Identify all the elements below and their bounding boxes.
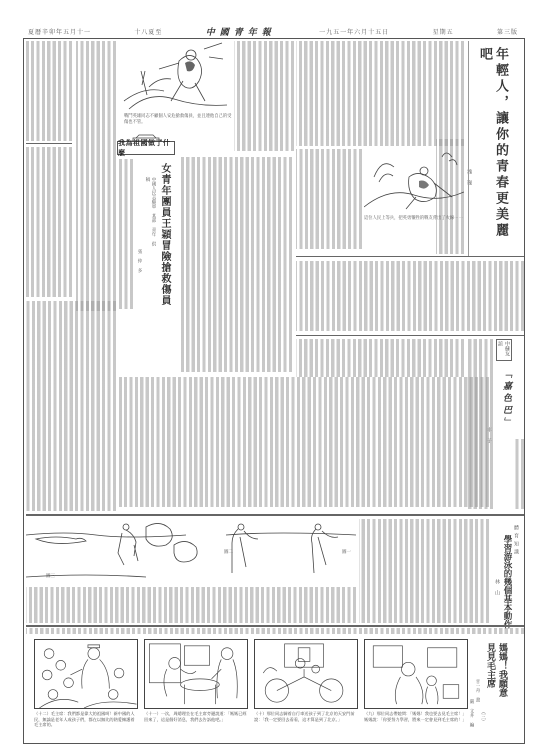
illustration-caption-middle: 這位人民上等兵，把英勇犧牲的戰友背出了火線⋯⋯ (364, 216, 464, 222)
tiananmen-icon (128, 133, 164, 142)
story-source: 中國人民志願軍 某部 青年 供稿 (144, 177, 156, 247)
article-text-left-mid (26, 147, 72, 297)
comic-drawing-11 (145, 640, 247, 708)
feature-text-mid-left (296, 149, 362, 249)
comic-drawing-9 (365, 640, 467, 708)
comic-adapter: 嚴 文井 編 (468, 699, 474, 727)
weekday: 星期五 (433, 27, 454, 36)
comic-panel-12 (34, 639, 138, 709)
soldier-carrying-drawing (364, 147, 464, 215)
comic-drawing-12 (35, 640, 137, 708)
comic-caption-11: （十一）一次，周總理坐在毛主席旁邊說道：「媽媽已經回來了，這是個好消息，我們去告… (144, 711, 248, 722)
soviet-column-text (467, 339, 493, 509)
issue-date: 一九五一年六月十五日 (319, 27, 389, 36)
swimming-headline: 學習游泳的幾個基本動作 (502, 535, 512, 629)
article-text-top-left (26, 41, 72, 141)
newspaper-page: 戰鬥英雄同志不顧個人安危搶救傷員，並且連他自己的受傷也不管。 年輕人，讓你的青春… (23, 38, 525, 744)
article-text-col3 (234, 41, 294, 151)
illustration-soldier-carrying (364, 147, 464, 215)
figure-label-3: 圖三 (46, 573, 55, 579)
comic-caption-12: （十二）毛主席：我們都是偉大的祖國呵！新中國的人民，無論是老年人或孩子們，都在以… (34, 711, 138, 728)
story-author: 張 仲 多 (136, 249, 142, 273)
lunar-date: 夏曆辛卯年五月十一 (28, 27, 91, 36)
solar-term: 十八夏至 (134, 27, 162, 36)
comic-author: 甘一舟 畫 (474, 679, 480, 702)
divider (26, 143, 72, 144)
illustration-soldier-rescue (119, 41, 231, 113)
soldier-rescue-drawing (119, 41, 231, 113)
divider (26, 625, 524, 627)
soviet-column-headline: 「嘉色巴」 (500, 369, 511, 429)
comic-caption-10: （十）那位同志騎着自行車送孩子到了北京的天安門前說：「我一定要回去看看，這才算是… (254, 711, 358, 722)
ad-strip (26, 628, 524, 634)
article-text-col2 (76, 41, 116, 311)
comic-panel-11 (144, 639, 248, 709)
story-text-left (119, 159, 133, 309)
article-text-mid-left (26, 301, 116, 511)
comic-drawing-10 (255, 640, 357, 708)
comic-panel-9 (364, 639, 468, 709)
page-number: 第三版 (497, 27, 518, 36)
feature-headline: 年輕人，讓你的青春更美麗吧 (476, 47, 508, 247)
figure-label-2: 圖二 (224, 549, 233, 555)
swimming-text-lower (26, 587, 356, 623)
illustration-caption-top-left: 戰鬥英雄同志不顧個人安危搶救傷員，並且連他自己的受傷也不管。 (124, 114, 232, 126)
article-text-center (296, 339, 464, 377)
comic-title: 媽媽！我願意見見毛主席 (484, 643, 508, 703)
divider (26, 514, 524, 516)
swimming-figures-drawing (26, 517, 356, 585)
column-banner: 我為祖國做了什麼 (117, 141, 175, 155)
comic-caption-9: （九）那位同志帶她問：「媽媽！我也要去見毛主席！」媽媽說：「你要努力學習，將來一… (364, 711, 468, 722)
divider (296, 256, 524, 257)
swimming-author: 林 山 (494, 579, 501, 595)
divider (296, 335, 524, 336)
divider (468, 41, 469, 256)
comic-panel-10 (254, 639, 358, 709)
swimming-diagrams (26, 517, 356, 585)
swimming-kicker: 體育知識 (513, 525, 520, 557)
masthead: 夏曆辛卯年五月十一 十八夏至 中國青年報 一九五一年六月十五日 星期五 第三版 (28, 24, 518, 38)
figure-label-1: 圖一 (342, 549, 351, 555)
story-text-right (180, 157, 292, 372)
soviet-column-text-right (514, 439, 524, 509)
swimming-text-right (359, 519, 489, 623)
feature-text-upper (296, 41, 464, 146)
soviet-column-kicker: 中蘇友誼 (496, 339, 512, 361)
story-headline: 女青年團員王穎冒險搶救傷員 (158, 163, 170, 343)
article-text-lower-mid (119, 377, 489, 507)
paper-name: 中國青年報 (206, 25, 276, 38)
article-text-mid-band (296, 261, 524, 331)
comic-episode: （三） (480, 709, 487, 724)
